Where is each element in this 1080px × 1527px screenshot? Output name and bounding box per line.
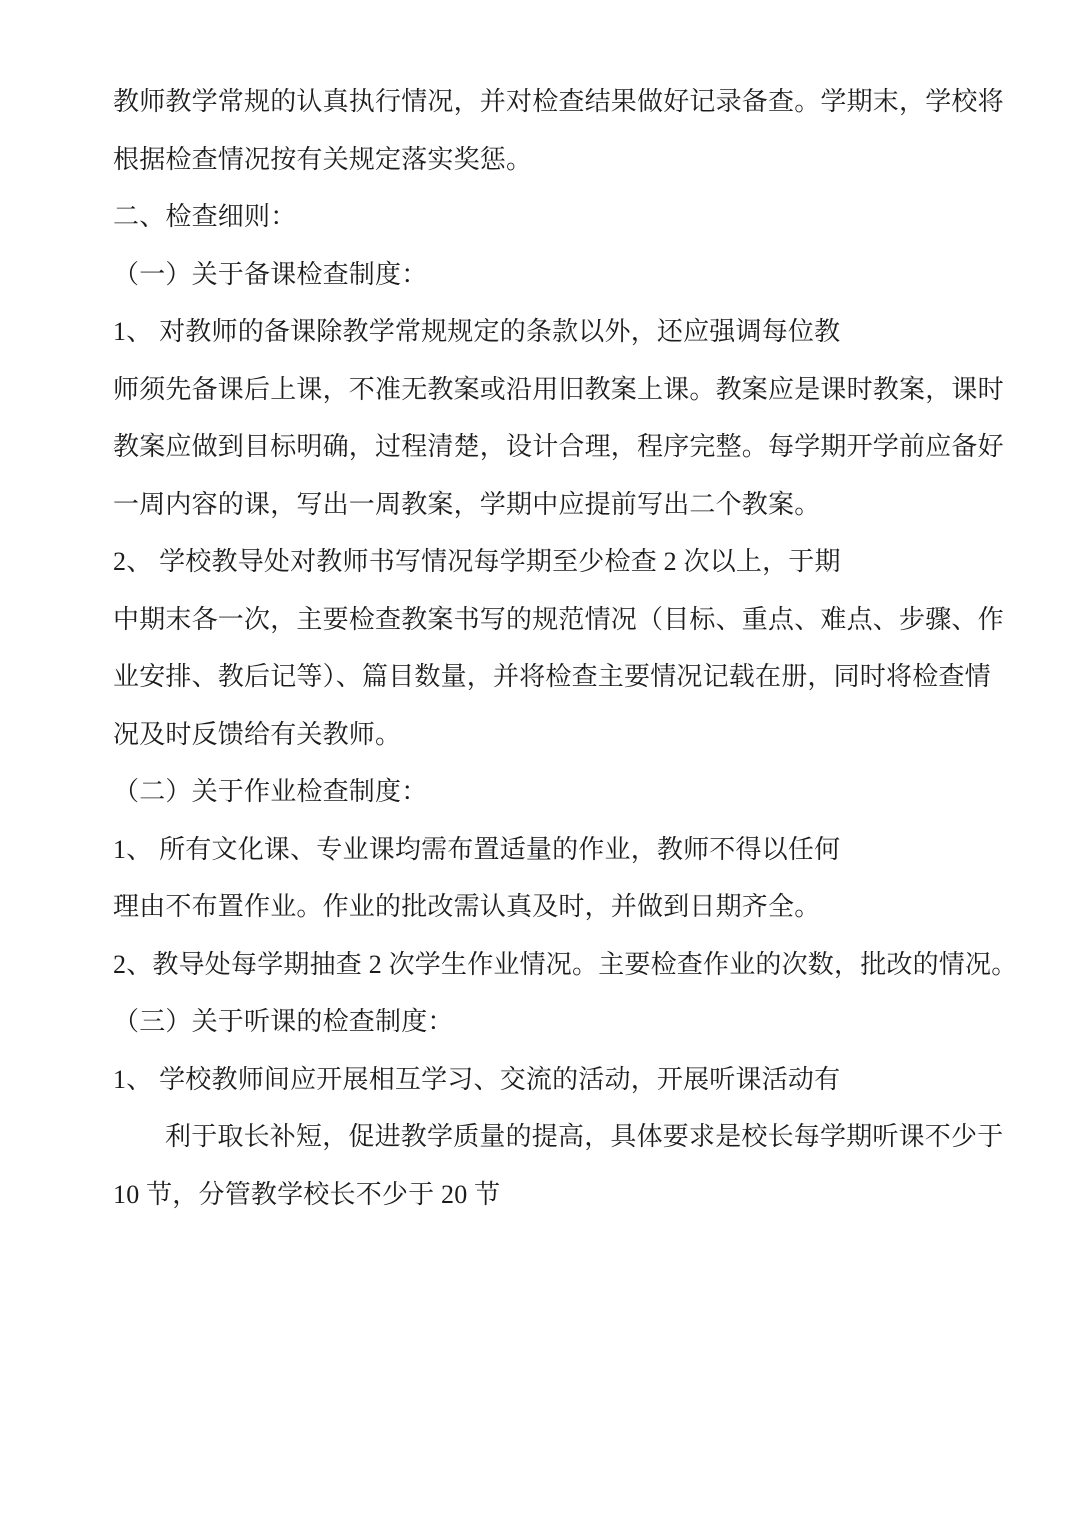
- text-line: 师须先备课后上课，不准无教案或沿用旧教案上课。教案应是课时教案，课时: [113, 361, 993, 419]
- text-line: 2、 学校教导处对教师书写情况每学期至少检查 2 次以上，于期: [113, 533, 993, 591]
- text-line: 一周内容的课，写出一周教案，学期中应提前写出二个教案。: [113, 476, 993, 534]
- text-line: 业安排、教后记等）、篇目数量，并将检查主要情况记载在册，同时将检查情: [113, 648, 993, 706]
- text-line: 1、 对教师的备课除教学常规规定的条款以外，还应强调每位教: [113, 303, 993, 361]
- text-line: 理由不布置作业。作业的批改需认真及时，并做到日期齐全。: [113, 878, 993, 936]
- text-line: 1、 学校教师间应开展相互学习、交流的活动，开展听课活动有: [113, 1051, 993, 1109]
- document-page: 教师教学常规的认真执行情况，并对检查结果做好记录备查。学期末，学校将 根据检查情…: [0, 0, 1080, 1527]
- text-line: 10 节，分管教学校长不少于 20 节: [113, 1166, 993, 1224]
- text-line: 2、教导处每学期抽查 2 次学生作业情况。主要检查作业的次数，批改的情况。: [113, 936, 993, 994]
- text-line: （三）关于听课的检查制度：: [113, 993, 993, 1051]
- text-line: 教案应做到目标明确，过程清楚，设计合理，程序完整。每学期开学前应备好: [113, 418, 993, 476]
- text-line: 中期末各一次，主要检查教案书写的规范情况（目标、重点、难点、步骤、作: [113, 591, 993, 649]
- text-content: 教师教学常规的认真执行情况，并对检查结果做好记录备查。学期末，学校将 根据检查情…: [113, 73, 993, 1223]
- text-line: 二、检查细则：: [113, 188, 993, 246]
- text-line: 况及时反馈给有关教师。: [113, 706, 993, 764]
- text-line: 1、 所有文化课、专业课均需布置适量的作业，教师不得以任何: [113, 821, 993, 879]
- text-line: （一）关于备课检查制度：: [113, 246, 993, 304]
- text-line: （二）关于作业检查制度：: [113, 763, 993, 821]
- text-line: 教师教学常规的认真执行情况，并对检查结果做好记录备查。学期末，学校将: [113, 73, 993, 131]
- text-line: 利于取长补短，促进教学质量的提高，具体要求是校长每学期听课不少于: [113, 1108, 993, 1166]
- text-line: 根据检查情况按有关规定落实奖惩。: [113, 131, 993, 189]
